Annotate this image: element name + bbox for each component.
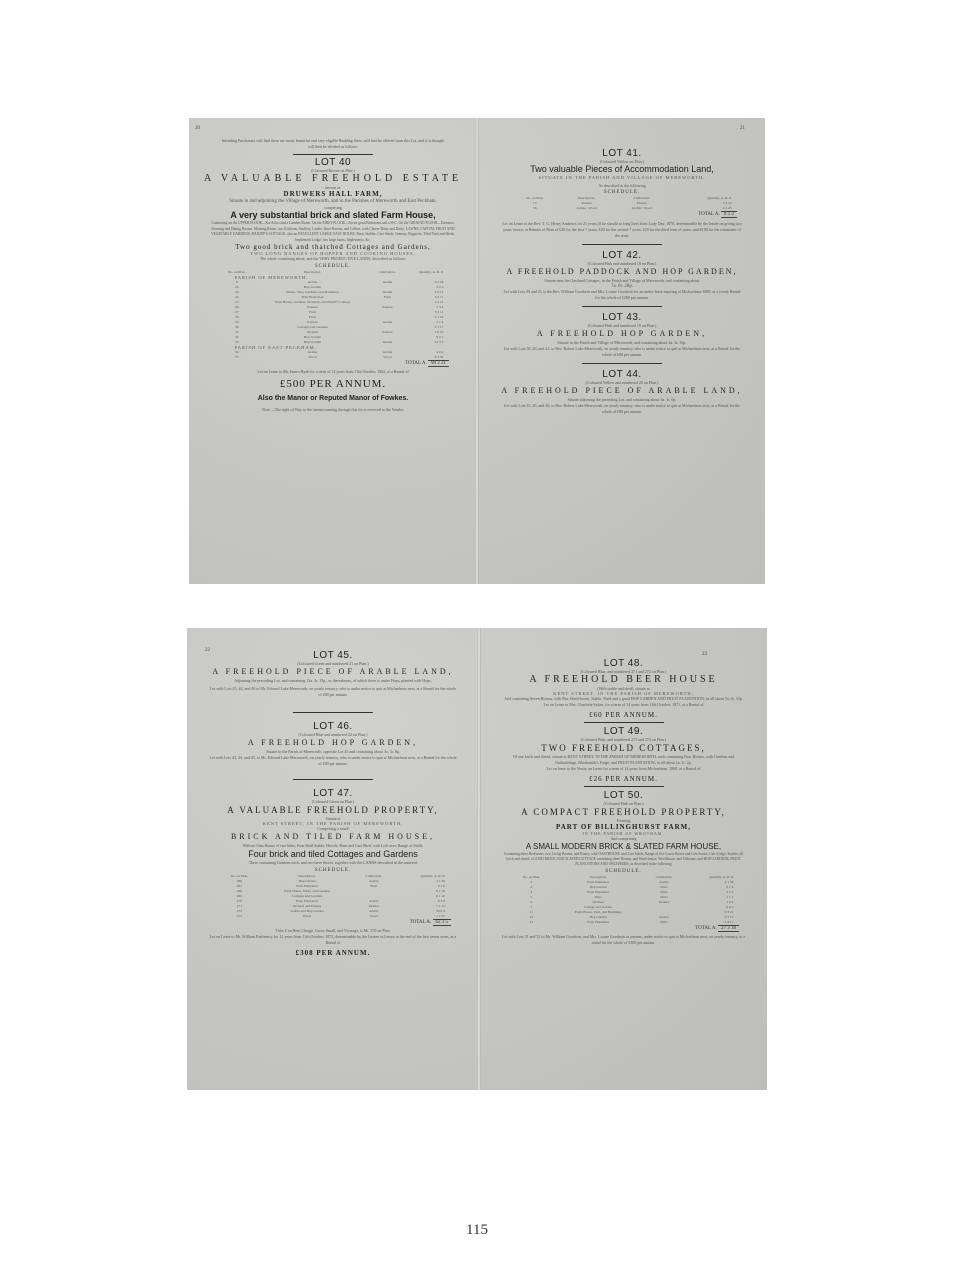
table-row: 35WoodWood9 3 31 [221,355,446,360]
table-row: 16Arable / WoodArable / Wood4 2 23 [510,206,733,211]
lot-41-let: Let on Lease to the Rev. T. G. Henry And… [479,221,765,239]
page-number: 22 [205,648,210,653]
schedule-table: No. on Plan.Description.Cultivation.Quan… [512,875,736,925]
lot-47-heading: A VALUABLE FREEHOLD PROPERTY, [187,804,479,816]
page-20: 20 Intending Purchasers will find there … [189,118,477,584]
schedule-table: No. on Plan.Description.Cultivation.Quan… [510,196,733,211]
lot-41-title: LOT 41. [479,148,765,159]
lot-48-heading: A FREEHOLD BEER HOUSE [480,674,767,686]
lot-50-desc: Containing three Bedrooms, two Living Ro… [480,852,767,867]
table-row: 273WoodWood1 2 17 [219,914,447,919]
lot-43-title: LOT 43. [479,312,765,323]
farm-name: DRUWERS HALL FARM, [189,190,477,198]
lot-49-let: Let on lease to the Vestry on Lease for … [480,766,767,772]
page-number: 21 [740,126,745,131]
lot-44-let: Let with Lots 43, 45, and 46, to Rev. Ro… [479,403,765,415]
farm-house-desc: Containing on the UPPER FLOOR—Six Attics… [189,221,477,243]
cottages-heading: Two good brick and thatched Cottages and… [189,243,477,251]
lot-41-described: As described in the following [479,183,765,188]
page-number-footer: 115 [0,1222,954,1239]
note-text: Note.—The right of Way to the stream run… [189,407,477,413]
farm-house-heading: A very substantial brick and slated Farm… [189,210,477,221]
lot-46-title: LOT 46. [187,721,479,732]
lot-48-let: Let on Lease to Mrs. Charlotte Sykes, fo… [480,702,767,708]
divider [582,244,662,245]
divider [582,306,662,307]
lands-desc: The whole containing about, and the VERY… [189,256,477,262]
schedule-total: TOTAL A. 90 2 21 [189,361,477,366]
lot-40-heading: A VALUABLE FREEHOLD ESTATE [189,173,477,185]
schedule-title: SCHEDULE. [480,869,767,874]
manor-text: Also the Manor or Reputed Manor of Fowke… [189,393,477,404]
lot-41-heading: Two valuable Pieces of Accommodation Lan… [479,164,765,175]
lot-47-title: LOT 47. [187,788,479,799]
lot-46-heading: A FREEHOLD HOP GARDEN, [187,737,479,749]
lot-45-heading: A FREEHOLD PIECE OF ARABLE LAND, [187,666,479,678]
schedule-title: SCHEDULE. [187,868,479,873]
schedule-total: TOTAL A. 27 3 18 [480,926,767,931]
table-row: 13Fruit PlantationDitto3 3 17 [512,920,736,925]
lot-42-heading: A FREEHOLD PADDOCK AND HOP GARDEN, [479,266,765,278]
schedule-title: SCHEDULE. [479,190,765,195]
lot-50-house: A SMALL MODERN BRICK & SLATED FARM HOUSE… [480,841,767,852]
lot-50-farm: PART OF BILLINGHURST FARM, [480,823,767,831]
lot-49-rent: £26 PER ANNUM. [480,775,767,783]
let-note: Let on Lease to Mr. James Hyde for a ter… [189,369,477,375]
lot-44-title: LOT 44. [479,369,765,380]
lot-44-heading: A FREEHOLD PIECE OF ARABLE LAND, [479,385,765,397]
scanned-spread-2: 22 LOT 45. (Coloured Green and numbered … [187,628,767,1090]
page-number: 23 [702,652,707,657]
lot-49-title: LOT 49. [480,726,767,737]
lot-47-cottages: Four brick and tiled Cottages and Garden… [187,849,479,860]
page-23: 23 LOT 48. (Coloured Blue, and numbered … [480,628,767,1090]
schedule-total: TOTAL A. 8 1 2 [479,212,765,217]
page-22: 22 LOT 45. (Coloured Green and numbered … [187,628,479,1090]
lot-48-rent: £60 PER ANNUM. [480,711,767,719]
lot-42-title: LOT 42. [479,250,765,261]
divider [584,722,664,723]
schedule-table: No. on Plan.Description.Cultivation.Quan… [221,270,446,360]
page-21: 21 LOT 41. (Coloured Yellow on Plan.) Tw… [479,118,765,584]
situate-text: Situate in and adjoining the Village of … [189,198,477,205]
lot-49-heading: TWO FREEHOLD COTTAGES, [480,742,767,754]
divider [293,779,373,780]
rent-amount: £500 PER ANNUM. [189,378,477,390]
intro-text: Intending Purchasers will find there are… [189,138,477,150]
lot-45-desc: Adjoining the preceding Lot, and contain… [187,678,479,684]
lot-47-lands: Three containing Gardens each, and two h… [187,860,479,866]
lot-40-title: LOT 40 [189,157,477,168]
lot-43-let: Let with Lots 38, 40, and 41, to Rev. Ro… [479,346,765,358]
lot-45-let: Let with Lots 43, 44, and 46 to Mr. Edwa… [187,686,479,698]
page-number: 20 [195,126,200,131]
schedule-title: SCHEDULE. [189,264,477,269]
scanned-spread-1: 20 Intending Purchasers will find there … [189,118,765,584]
divider [293,154,373,155]
lot-47-let: Let on Lease to Mr. William Farthentry f… [187,934,479,946]
schedule-total: TOTAL A. 62 3 5 [187,920,479,925]
divider [582,363,662,364]
lot-47-house: BRICK AND TILED FARM HOUSE, [187,831,479,843]
lot-46-let: Let with Lots 43, 44, and 45, to Mr. Edw… [187,755,479,767]
lot-50-title: LOT 50. [480,790,767,801]
lot-50-heading: A COMPACT FREEHOLD PROPERTY, [480,806,767,818]
lot-48-title: LOT 48. [480,658,767,669]
lot-49-desc: Of one brick and slated, situate at KENT… [480,754,767,766]
lot-45-title: LOT 45. [187,650,479,661]
divider [293,712,373,713]
schedule-table: No. on Plan.Description.Cultivation.Quan… [219,874,447,919]
lot-47-rent: £308 PER ANNUM. [187,949,479,957]
divider [584,786,664,787]
lot-42-let: Let with Lots 39 and 41 to the Rev. Will… [479,289,765,301]
lot-43-heading: A FREEHOLD HOP GARDEN, [479,328,765,340]
lot-50-let: Let with Lots 51 and 52 to Mr. William G… [480,934,767,946]
lot-41-situate: SITUATE IN THE PARISH AND VILLAGE OF MER… [479,175,765,180]
